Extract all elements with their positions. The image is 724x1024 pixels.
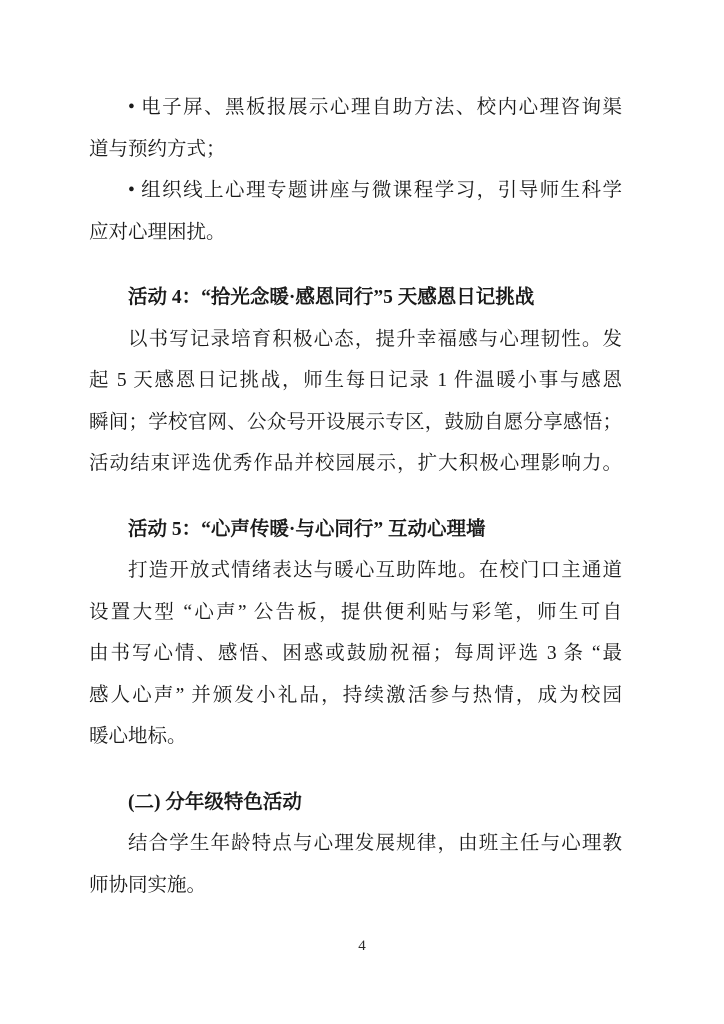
page-footer: 4 <box>0 936 724 956</box>
text-line: 以书写记录培育积极心态，提升幸福感与心理韧性。发 <box>89 319 622 361</box>
text-line: 应对心理困扰。 <box>89 212 622 254</box>
document-paragraph: 结合学生年龄特点与心理发展规律，由班主任与心理教师协同实施。 <box>89 823 622 906</box>
document-paragraph: 以书写记录培育积极心态，提升幸福感与心理韧性。发起 5 天感恩日记挑战，师生每日… <box>89 319 622 485</box>
text-line: 瞬间；学校官网、公众号开设展示专区，鼓励自愿分享感悟； <box>89 402 622 444</box>
text-line: 打造开放式情绪表达与暖心互助阵地。在校门口主通道 <box>89 550 622 592</box>
text-line: 道与预约方式； <box>89 129 622 171</box>
document-heading: 活动 4：“拾光念暖·感恩同行”5 天感恩日记挑战 <box>89 277 622 319</box>
text-line: 由书写心情、感悟、困惑或鼓励祝福；每周评选 3 条 “最 <box>89 633 622 675</box>
text-line: 活动结束评选优秀作品并校园展示，扩大积极心理影响力。 <box>89 443 622 485</box>
document-paragraph: 打造开放式情绪表达与暖心互助阵地。在校门口主通道设置大型 “心声” 公告板，提供… <box>89 550 622 758</box>
text-line: 设置大型 “心声” 公告板，提供便利贴与彩笔，师生可自 <box>89 592 622 634</box>
heading-line: (二) 分年级特色活动 <box>89 782 622 824</box>
document-paragraph: • 电子屏、黑板报展示心理自助方法、校内心理咨询渠道与预约方式； <box>89 87 622 170</box>
text-line: • 组织线上心理专题讲座与微课程学习，引导师生科学 <box>89 170 622 212</box>
document-page: { "page": { "number": "4", "background":… <box>0 0 724 1024</box>
text-line: 起 5 天感恩日记挑战，师生每日记录 1 件温暖小事与感恩 <box>89 360 622 402</box>
text-line: 结合学生年龄特点与心理发展规律，由班主任与心理教 <box>89 823 622 865</box>
document-heading: 活动 5：“心声传暖·与心同行” 互动心理墙 <box>89 509 622 551</box>
document-heading: (二) 分年级特色活动 <box>89 782 622 824</box>
text-line: 感人心声” 并颁发小礼品，持续激活参与热情，成为校园 <box>89 675 622 717</box>
document-body: • 电子屏、黑板报展示心理自助方法、校内心理咨询渠道与预约方式；• 组织线上心理… <box>89 87 622 906</box>
heading-line: 活动 4：“拾光念暖·感恩同行”5 天感恩日记挑战 <box>89 277 622 319</box>
text-line: 暖心地标。 <box>89 716 622 758</box>
page-number: 4 <box>358 938 366 954</box>
heading-line: 活动 5：“心声传暖·与心同行” 互动心理墙 <box>89 509 622 551</box>
text-line: • 电子屏、黑板报展示心理自助方法、校内心理咨询渠 <box>89 87 622 129</box>
text-line: 师协同实施。 <box>89 865 622 907</box>
document-paragraph: • 组织线上心理专题讲座与微课程学习，引导师生科学应对心理困扰。 <box>89 170 622 253</box>
